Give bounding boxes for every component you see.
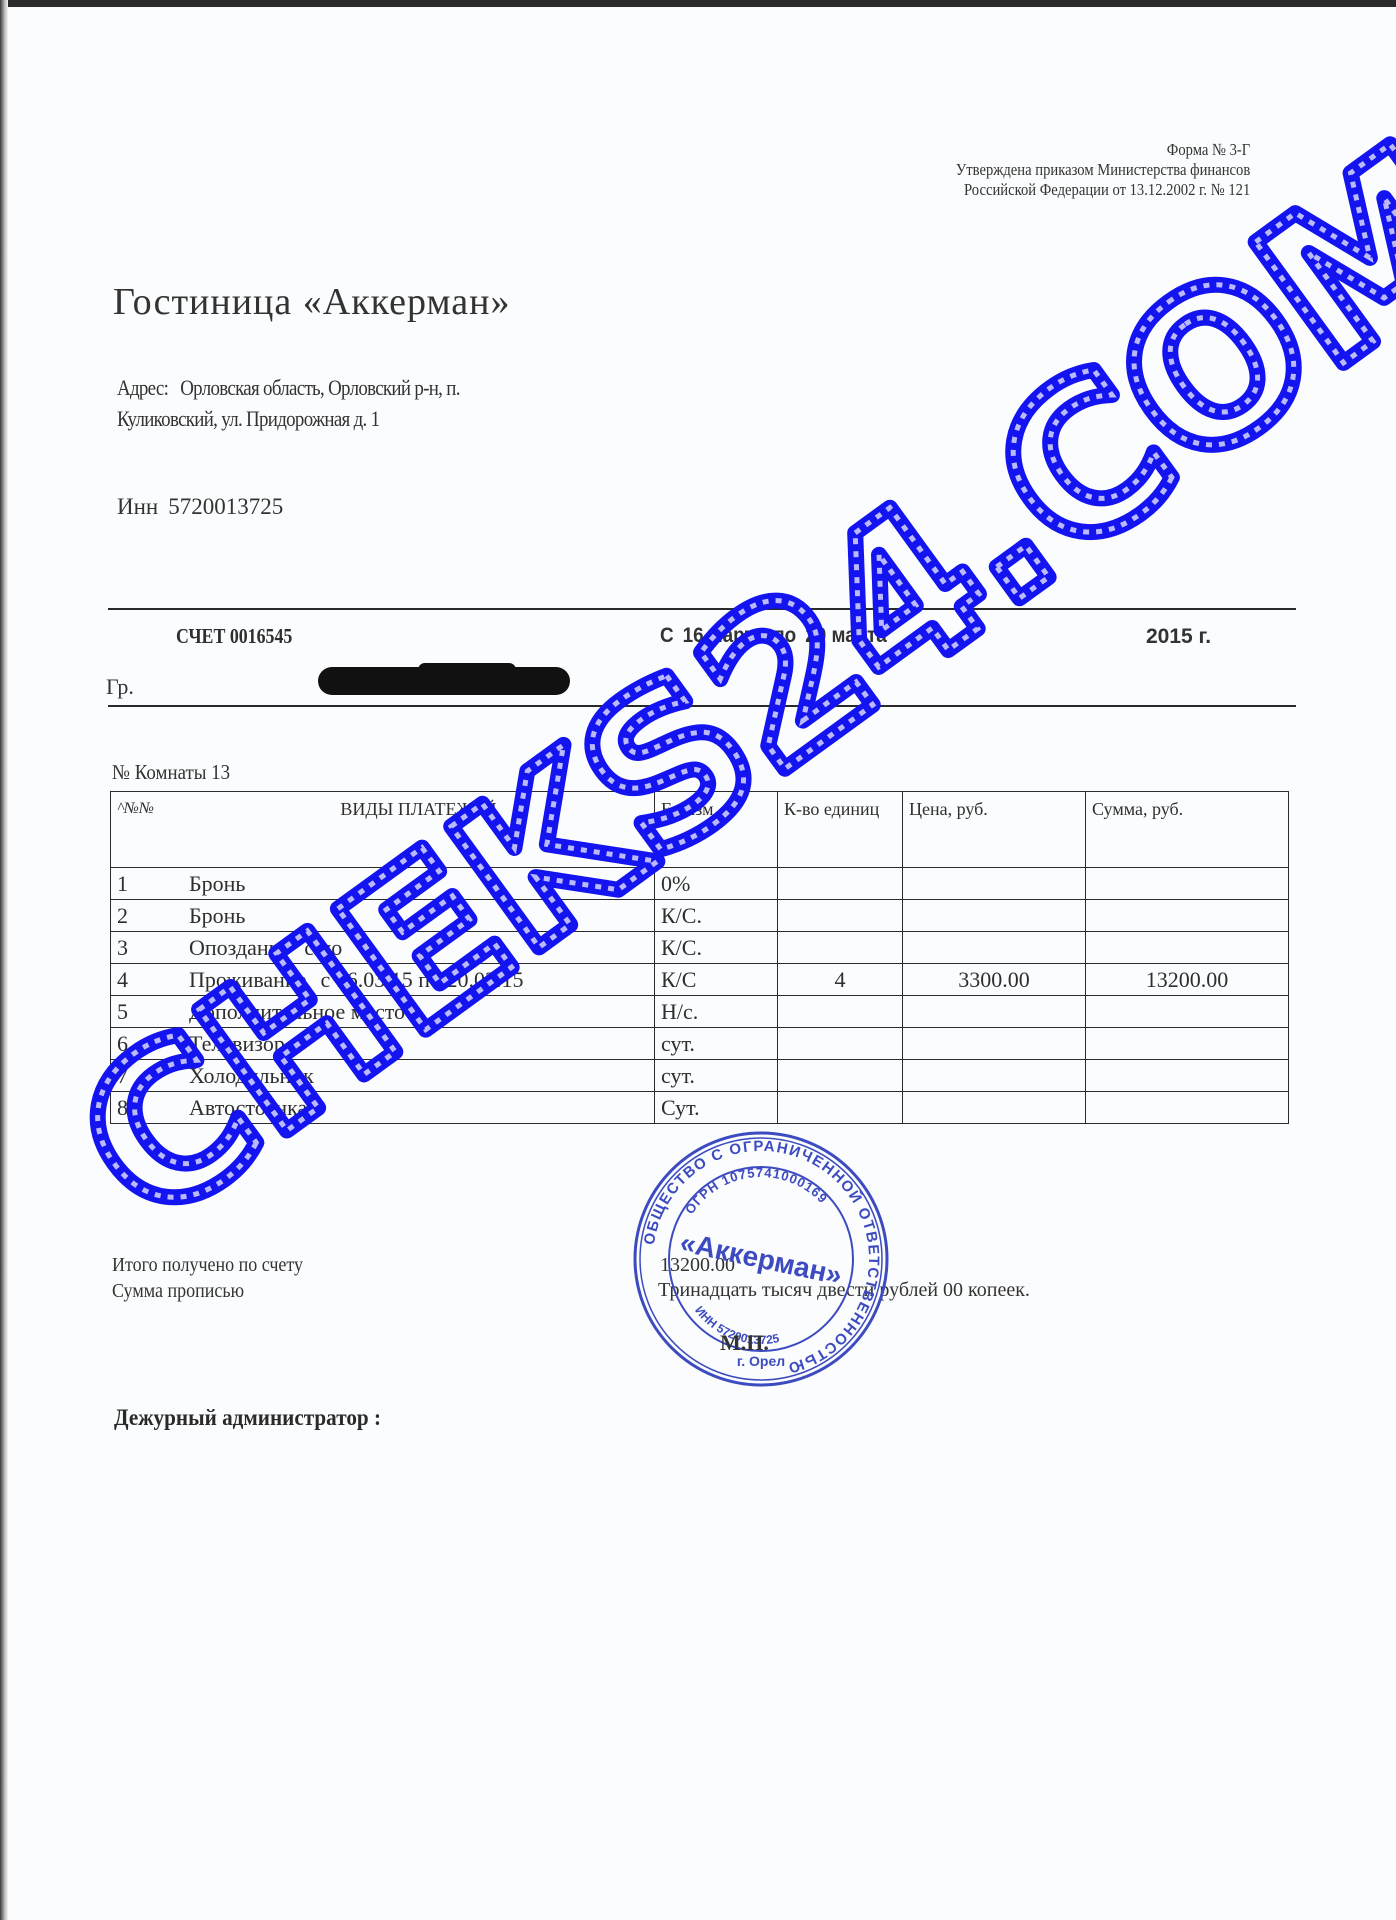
table-row: 7Холодильниксут. [111, 1060, 1289, 1092]
table-row: 1Бронь0% [111, 868, 1289, 900]
stamp-company-name: «Аккерман» [677, 1226, 844, 1291]
row-payment-type: Опозданиес по [183, 932, 655, 964]
header-unit: Ед.изм [655, 792, 778, 868]
row-payment-type: Бронь [183, 868, 655, 900]
hotel-inn: Инн5720013725 [117, 494, 283, 520]
row-qty [778, 932, 903, 964]
table-header-row: ^№№ ВИДЫ ПЛАТЕЖЕЙ Ед.изм К-во единиц Цен… [111, 792, 1289, 868]
row-sum [1086, 1092, 1289, 1124]
header-payment-type: ВИДЫ ПЛАТЕЖЕЙ [183, 792, 655, 868]
row-payment-name: Дополнительное место [189, 999, 405, 1025]
row-qty [778, 900, 903, 932]
row-price [903, 900, 1086, 932]
header-num: ^№№ [111, 792, 184, 868]
form-approval-date: Российской Федерации от 13.12.2002 г. № … [956, 180, 1250, 200]
row-number: 5 [111, 996, 184, 1028]
header-price: Цена, руб. [903, 792, 1086, 868]
stay-period: С16 мартапо20 марта [660, 624, 896, 648]
row-number: 6 [111, 1028, 184, 1060]
row-unit: К/С. [655, 932, 778, 964]
duty-administrator-label: Дежурный администратор : [114, 1405, 381, 1431]
row-price [903, 932, 1086, 964]
row-qty [778, 868, 903, 900]
row-number: 4 [111, 964, 184, 996]
table-row: 4Проживаниес 16.03.15 по 20.03.15К/С4330… [111, 964, 1289, 996]
divider-bottom [108, 705, 1296, 707]
row-unit: сут. [655, 1028, 778, 1060]
row-payment-type: Телевизор [183, 1028, 655, 1060]
svg-text:ОГРН 1075741000169: ОГРН 1075741000169 [682, 1165, 831, 1217]
row-payment-name: Проживание [189, 967, 307, 993]
seal-label: М.П. [720, 1330, 769, 1356]
row-number: 7 [111, 1060, 184, 1092]
row-payment-type: Проживаниес 16.03.15 по 20.03.15 [183, 964, 655, 996]
row-price [903, 1028, 1086, 1060]
invoice-number-value: 0016545 [230, 624, 292, 648]
form-approval: Утверждена приказом Министерства финансо… [956, 160, 1250, 180]
table-row: 5Дополнительное местоН/с. [111, 996, 1289, 1028]
row-qty [778, 1092, 903, 1124]
payments-table: ^№№ ВИДЫ ПЛАТЕЖЕЙ Ед.изм К-во единиц Цен… [110, 791, 1289, 1124]
invoice-year: 2015 г. [1146, 625, 1211, 649]
row-sum [1086, 1028, 1289, 1060]
row-payment-type: Холодильник [183, 1060, 655, 1092]
invoice-number: СЧЕТ 0016545 [176, 624, 292, 649]
row-payment-name: Опоздание [189, 935, 290, 961]
totals-labels: Итого получено по счету Сумма прописью [112, 1252, 303, 1304]
form-note: Форма № 3-Г Утверждена приказом Министер… [956, 140, 1250, 200]
row-qty: 4 [778, 964, 903, 996]
row-payment-name: Бронь [189, 871, 245, 897]
row-unit: 0% [655, 868, 778, 900]
table-row: 2БроньК/С. [111, 900, 1289, 932]
row-payment-extra: с по [304, 935, 342, 961]
row-price [903, 868, 1086, 900]
guest-name-redacted-part [418, 663, 516, 677]
row-number: 3 [111, 932, 184, 964]
row-sum [1086, 932, 1289, 964]
stamp-ogrn: ОГРН 1075741000169 [682, 1165, 831, 1217]
row-payment-extra: с 16.03.15 по 20.03.15 [321, 967, 524, 993]
address-label: Адрес: [117, 375, 168, 400]
row-unit: Сут. [655, 1092, 778, 1124]
header-sum: Сумма, руб. [1086, 792, 1289, 868]
header-qty: К-во единиц [778, 792, 903, 868]
row-payment-type: Автостоянка [183, 1092, 655, 1124]
row-sum [1086, 996, 1289, 1028]
inn-label: Инн [117, 494, 158, 519]
hotel-address: Адрес:Орловская область, Орловский р-н, … [117, 372, 460, 434]
row-payment-name: Автостоянка [189, 1095, 307, 1121]
inn-value: 5720013725 [168, 494, 283, 519]
scan-left-edge [0, 0, 8, 1920]
address-line-2: Куликовский, ул. Придорожная д. 1 [117, 403, 460, 434]
guest-label: Гр. [106, 674, 134, 700]
row-price [903, 996, 1086, 1028]
row-payment-name: Холодильник [189, 1063, 314, 1089]
row-unit: Н/с. [655, 996, 778, 1028]
row-qty [778, 1060, 903, 1092]
period-from: 16 марта [683, 624, 765, 647]
row-price [903, 1060, 1086, 1092]
row-unit: сут. [655, 1060, 778, 1092]
period-to: 20 марта [805, 624, 887, 647]
row-number: 8 [111, 1092, 184, 1124]
row-unit: К/С [655, 964, 778, 996]
divider-top [108, 608, 1296, 610]
row-sum [1086, 868, 1289, 900]
row-price: 3300.00 [903, 964, 1086, 996]
row-sum [1086, 1060, 1289, 1092]
sum-in-words-label: Сумма прописью [112, 1278, 303, 1304]
row-payment-type: Бронь [183, 900, 655, 932]
row-payment-name: Бронь [189, 903, 245, 929]
row-price [903, 1092, 1086, 1124]
table-row: 8АвтостоянкаСут. [111, 1092, 1289, 1124]
row-sum [1086, 900, 1289, 932]
room-number: № Комнаты 13 [112, 760, 230, 785]
row-qty [778, 1028, 903, 1060]
row-payment-name: Телевизор [189, 1031, 285, 1057]
table-row: 6Телевизорсут. [111, 1028, 1289, 1060]
row-number: 1 [111, 868, 184, 900]
hotel-title: Гостиница «Аккерман» [113, 280, 510, 324]
scan-top-edge [0, 0, 1396, 7]
row-number: 2 [111, 900, 184, 932]
table-row: 3Опозданиес поК/С. [111, 932, 1289, 964]
form-number: Форма № 3-Г [956, 140, 1250, 160]
room-number-value: 13 [211, 760, 230, 784]
row-unit: К/С. [655, 900, 778, 932]
row-qty [778, 996, 903, 1028]
address-line-1: Орловская область, Орловский р-н, п. [180, 375, 460, 400]
row-payment-type: Дополнительное место [183, 996, 655, 1028]
row-sum: 13200.00 [1086, 964, 1289, 996]
total-received-label: Итого получено по счету [112, 1252, 303, 1278]
